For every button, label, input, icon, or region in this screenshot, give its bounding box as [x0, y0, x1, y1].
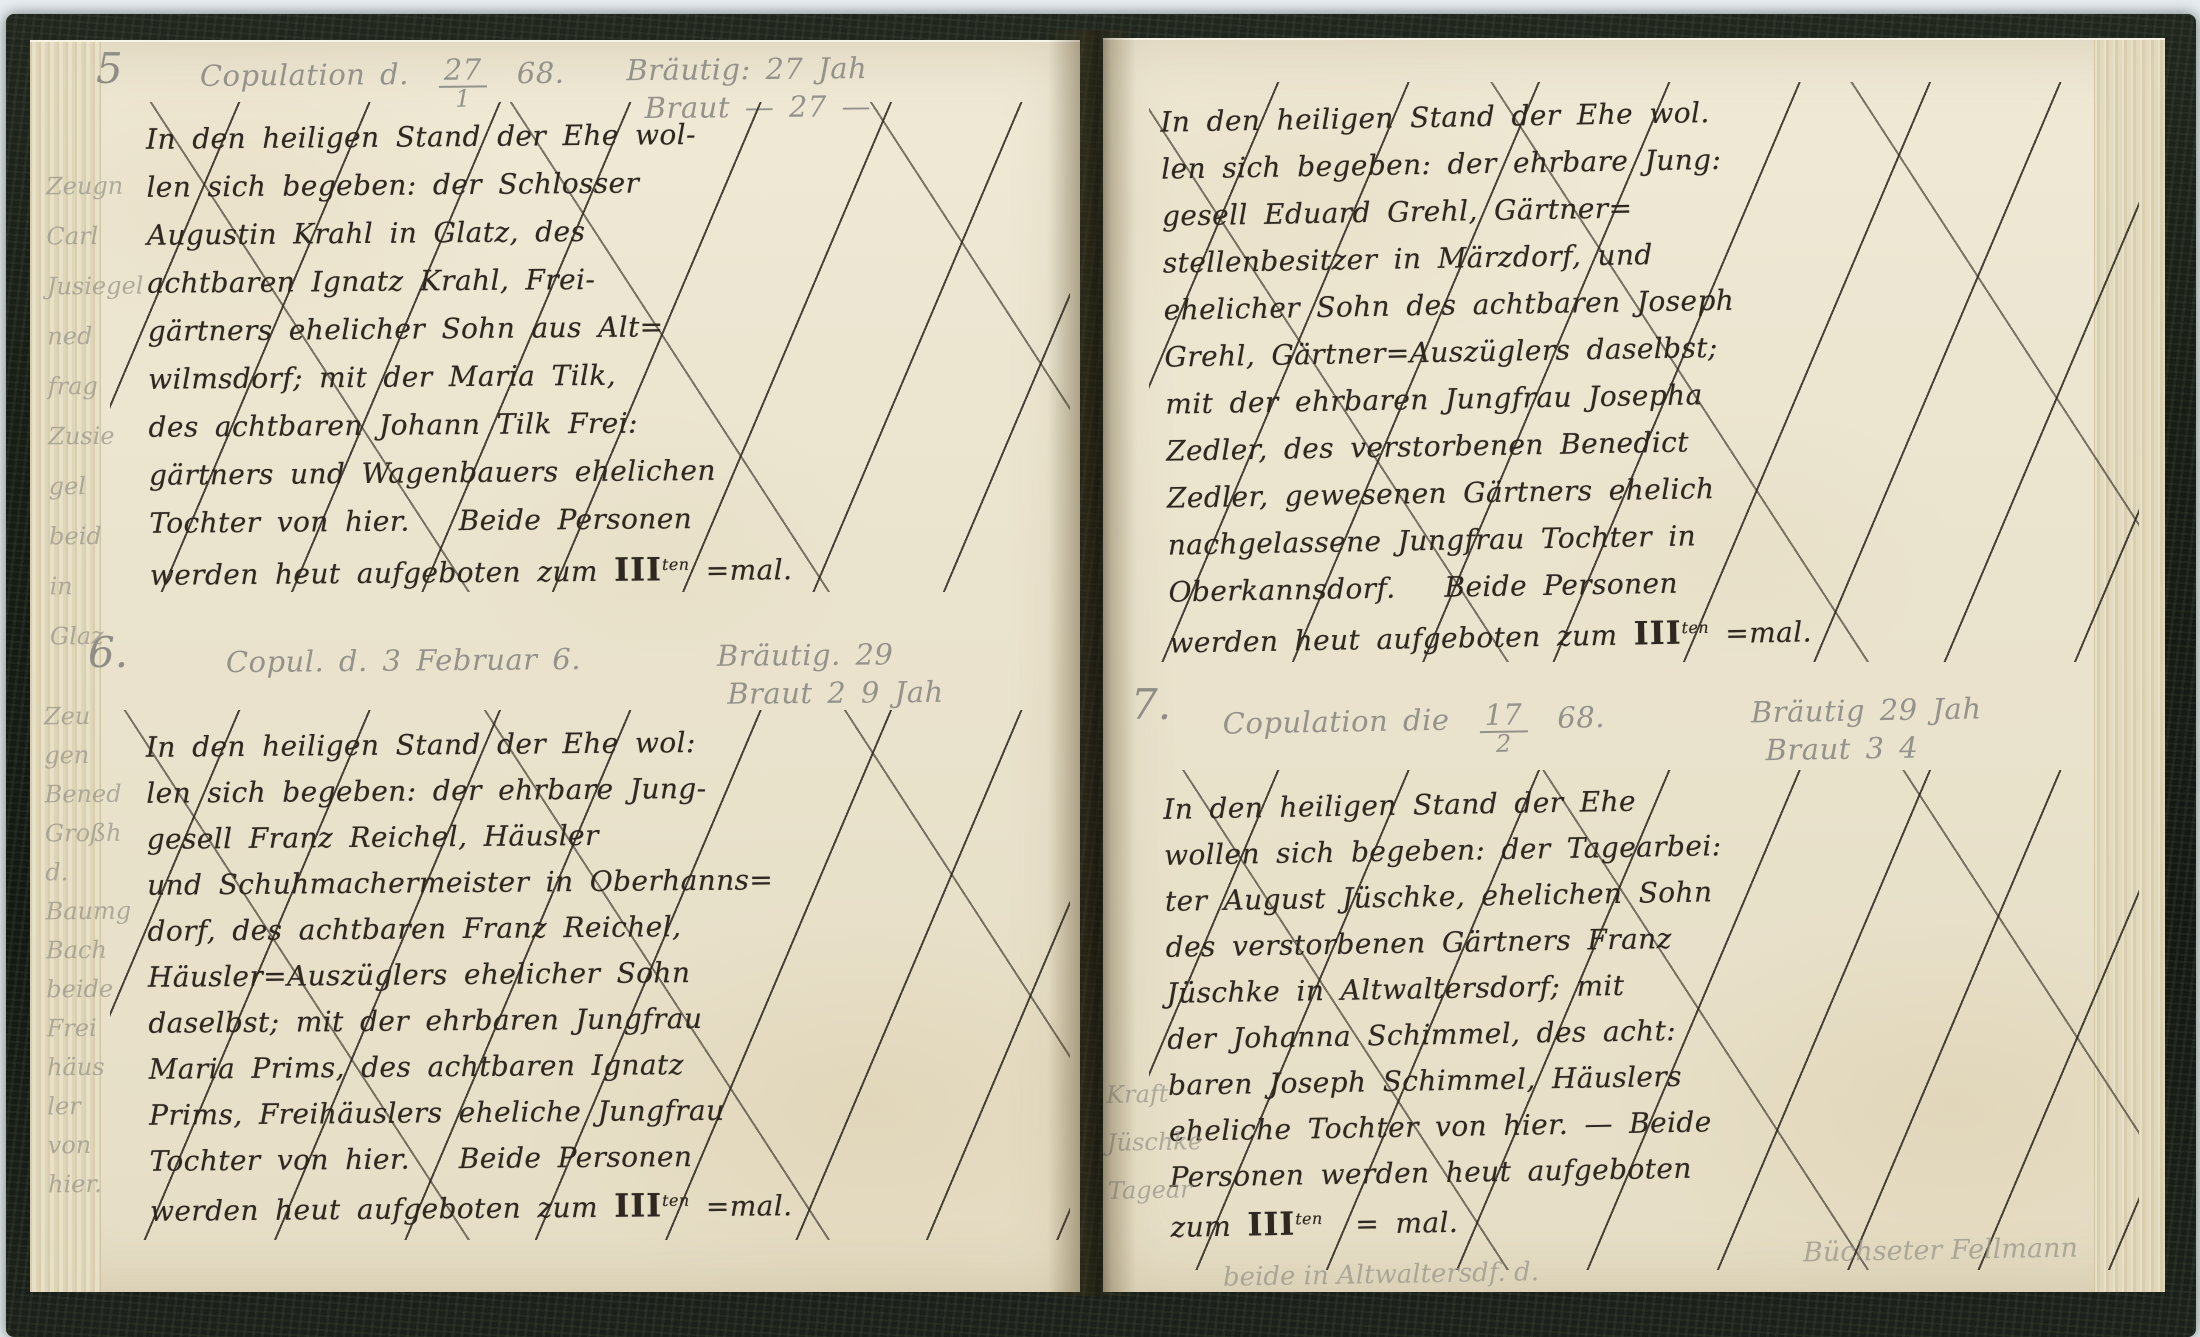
handwritten-line: daselbst; mit der ehrbaren Jungfrau [148, 1001, 791, 1053]
handwritten-line-final: werden heut aufgeboten zum IIIten =mal. [150, 1185, 793, 1237]
date-fraction: 17 2 [1479, 701, 1528, 755]
groom-age: Bräutig. 29 [717, 639, 944, 671]
ages-block: Bräutig: 27 Jah Braut — 27 — [626, 53, 871, 124]
entry6-header: Copul. d. 3 Februar 6. Bräutig. 29 Braut… [226, 639, 944, 714]
entry-number: 5 [96, 44, 123, 93]
handwritten-line: wilmsdorf; mit der Maria Tilk, [148, 357, 791, 411]
margin-pencil-note: Carl [46, 222, 143, 251]
header-year: 68. [517, 56, 565, 90]
pencil-bottom-note: beide in Altwaltersdf. d. [1223, 1257, 1539, 1293]
handwritten-line: In den heiligen Stand der Ehe wol: [146, 725, 789, 777]
margin-pencil-note: beid [49, 522, 146, 551]
handwritten-line: des achtbaren Johann Tilk Frei: [148, 405, 791, 459]
gutter-shadow [1048, 30, 1136, 1296]
page-edge-stack-right [2094, 40, 2165, 1292]
handwritten-line: Tochter von hier. Beide Personen [149, 501, 792, 555]
groom-age: Bräutig: 27 Jah [626, 53, 871, 86]
banns-count-numeral: III [1247, 1205, 1296, 1244]
margin-pencil-note: ned [47, 322, 144, 351]
handwritten-line: len sich begeben: der Schlosser [146, 165, 789, 219]
entry7-text: In den heiligen Stand der Ehe wollen sic… [1163, 783, 1728, 1253]
handwritten-line: gärtners und Wagenbauers ehelichen [149, 453, 792, 507]
handwritten-line: und Schuhmachermeister in Oberhanns= [147, 863, 790, 915]
date-fraction: 27 1 [439, 56, 487, 110]
register-scan: { "document": { "type": "church marriage… [0, 0, 2200, 1337]
entry-number: 7. [1131, 680, 1171, 729]
margin-pencil-note: beide [46, 975, 132, 1004]
entry6-text: In den heiligen Stand der Ehe wol: len s… [146, 725, 793, 1237]
handwritten-line: achtbaren Ignatz Krahl, Frei- [147, 261, 790, 315]
margin-pencil-note: gen [44, 741, 130, 770]
banns-count-numeral: III [614, 1186, 662, 1224]
margin-pencil-note: frag [48, 372, 145, 401]
handwritten-line: Maria Prims, des achtbaren Ignatz [149, 1047, 792, 1099]
margin-pencil-note: Bach [46, 936, 132, 965]
entry7-header: Copulation die 17 2 68. Bräutig 29 Jah B… [1222, 693, 1982, 775]
banns-count-numeral: III [614, 550, 662, 588]
margin-pencil-note: von [48, 1131, 134, 1160]
margin-pencil-note: hier. [48, 1170, 134, 1199]
handwritten-line: gesell Franz Reichel, Häusler [147, 817, 790, 869]
header-year: 68. [1557, 700, 1605, 735]
ages-block: Bräutig. 29 Braut 2 9 Jah [717, 639, 944, 710]
pencil-bottom-note-right: Büchseter Fellmann [1803, 1233, 2078, 1269]
margin-pencil-note: Bened [45, 780, 131, 809]
right-page: In den heiligen Stand der Ehe wol. len s… [1103, 38, 2165, 1292]
margin-pencil-note: häus [47, 1053, 133, 1082]
handwritten-line-final: werden heut aufgeboten zum IIIten =mal. [1169, 611, 1812, 669]
handwritten-line: len sich begeben: der ehrbare Jung- [146, 771, 789, 823]
ages-block: Bräutig 29 Jah Braut 3 4 [1751, 693, 1983, 766]
margin-pencil-note: gel [49, 472, 146, 501]
handwritten-line: Häusler=Auszüglers ehelicher Sohn [148, 955, 791, 1007]
margin-pencil-note: Frei [47, 1014, 133, 1043]
margin-notes-lower: Zeu gen Bened Großh d. Baumg Bach beide … [44, 702, 134, 1199]
handwritten-line: In den heiligen Stand der Ehe wol- [146, 117, 789, 171]
handwritten-line-final: werden heut aufgeboten zum IIIten =mal. [150, 549, 793, 603]
margin-pencil-note: Großh [45, 819, 131, 848]
margin-pencil-note: d. [45, 858, 131, 887]
entry-number: 6. [88, 628, 128, 677]
margin-pencil-note: Zeu [44, 702, 130, 731]
header-title: Copulation d. [200, 57, 409, 93]
handwritten-line: dorf, des achtbaren Franz Reichel, [147, 909, 790, 961]
handwritten-line-final: zum IIIten = mal. [1170, 1197, 1728, 1253]
bride-age: Braut 2 9 Jah [717, 677, 944, 709]
left-page: 5 Copulation d. 27 1 68. Bräutig: 27 Jah… [30, 40, 1080, 1292]
handwritten-line: Prims, Freihäuslers eheliche Jungfrau [149, 1093, 792, 1145]
handwritten-line: Augustin Krahl in Glatz, des [147, 213, 790, 267]
handwritten-line: Tochter von hier. Beide Personen [149, 1139, 792, 1191]
handwritten-line: gärtners ehelicher Sohn aus Alt= [148, 309, 791, 363]
margin-notes-upper: Zeugn Carl Jusiegel ned frag Zusie gel b… [46, 172, 147, 651]
header-title: Copulation die [1222, 703, 1449, 741]
banns-count-numeral: III [1633, 614, 1682, 653]
margin-pencil-note: Baumg [46, 897, 132, 926]
margin-pencil-note: in [49, 572, 146, 601]
bride-age: Braut 3 4 [1751, 732, 1982, 766]
margin-pencil-note: ler [47, 1092, 133, 1121]
entry-grehl-text: In den heiligen Stand der Ehe wol. len s… [1160, 94, 1812, 669]
header-title: Copul. d. 3 Februar 6. [226, 642, 581, 679]
margin-pencil-note: Zusie [48, 422, 145, 451]
groom-age: Bräutig 29 Jah [1751, 693, 1982, 727]
margin-pencil-note: Jusiegel [47, 272, 144, 301]
margin-pencil-note: Zeugn [46, 172, 143, 201]
entry5-text: In den heiligen Stand der Ehe wol- len s… [146, 117, 793, 603]
